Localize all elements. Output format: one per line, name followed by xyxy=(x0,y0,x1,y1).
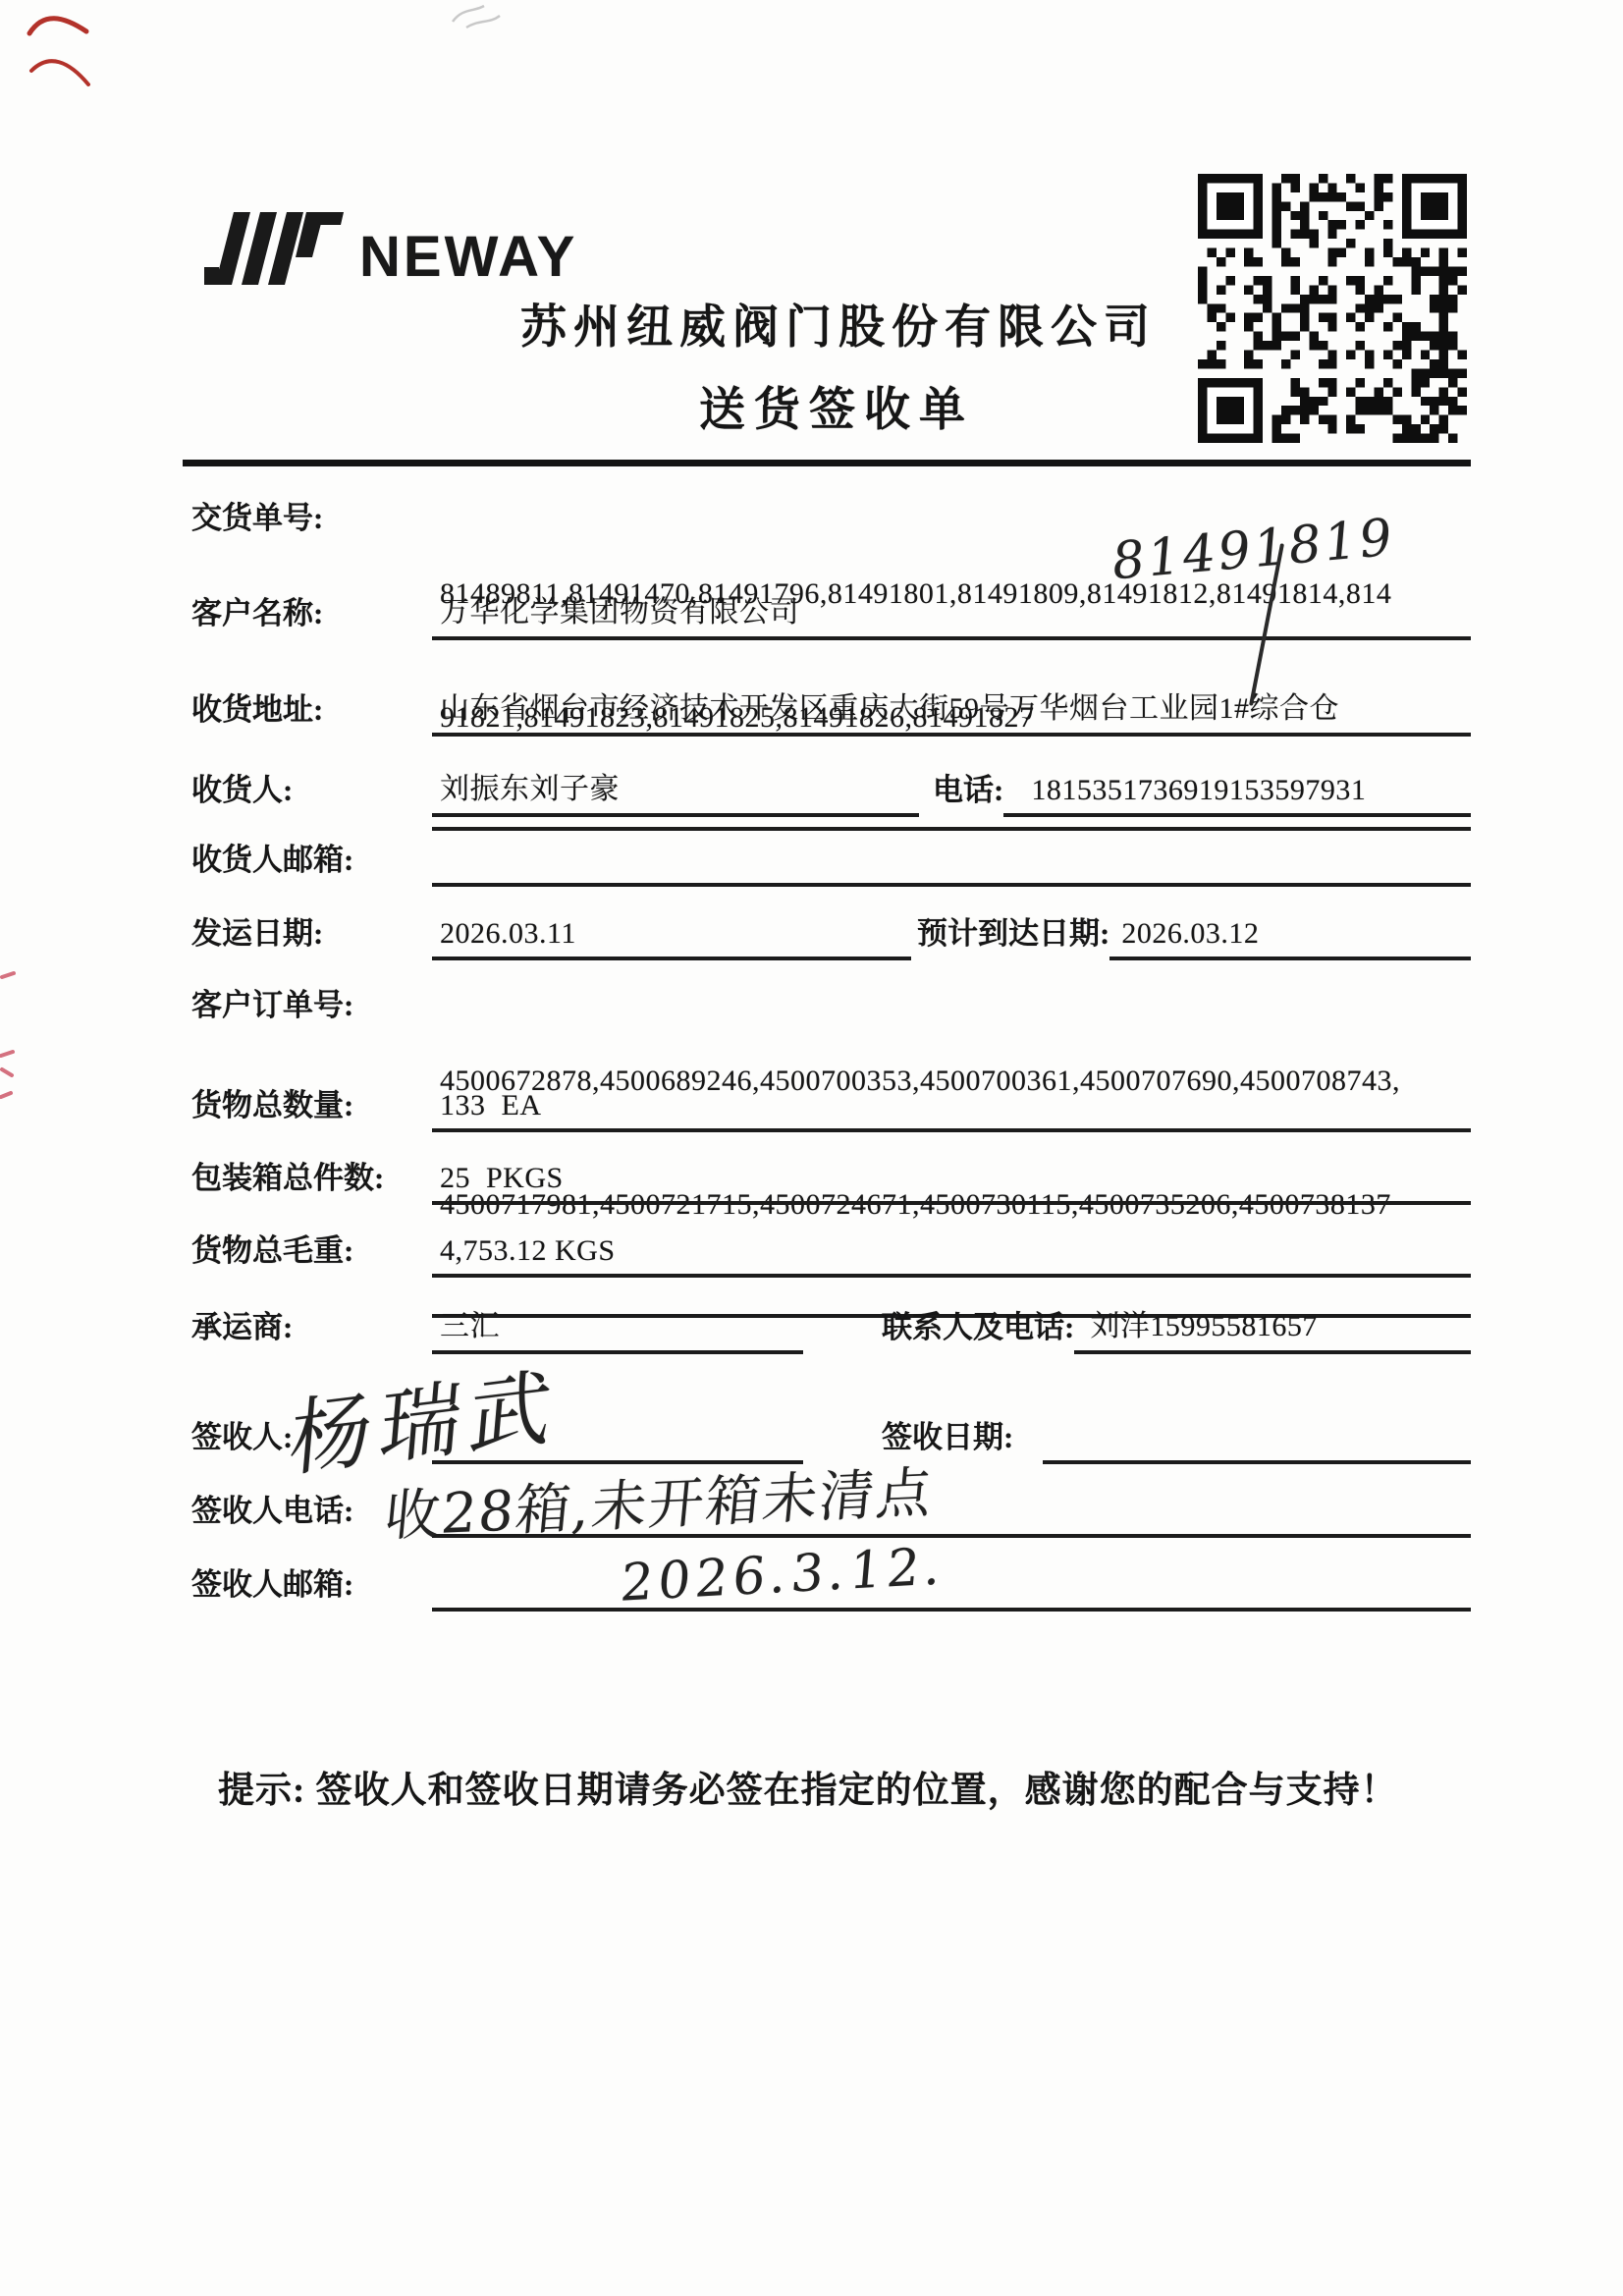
delivery-receipt-page: NEWAY 苏州纽威阀门股份有限公司 送货签收单 交货单号: 81489811,… xyxy=(0,0,1623,2296)
total-packages-value: 25 PKGS xyxy=(432,1162,1471,1205)
field-row-total-quantity: 货物总数量: 133 EA xyxy=(191,1080,1471,1132)
neway-logo-icon xyxy=(204,206,344,287)
receiver-email-label: 收货人邮箱: xyxy=(191,835,432,887)
receiver-phone-value: 1815351736919153597931 xyxy=(1003,774,1471,817)
red-pen-mark-topleft xyxy=(22,4,100,94)
eta-date-value: 2026.03.12 xyxy=(1109,917,1471,960)
pencil-mark xyxy=(447,2,506,33)
eta-date-label: 预计到达日期: xyxy=(917,908,1109,960)
ship-date-value: 2026.03.11 xyxy=(432,917,911,960)
ship-date-label: 发运日期: xyxy=(191,908,432,960)
field-row-ship-date: 发运日期: 2026.03.11 预计到达日期: 2026.03.12 xyxy=(191,908,1471,960)
header-divider xyxy=(183,460,1471,466)
carrier-contact-value: 刘洋15995581657 xyxy=(1074,1301,1471,1354)
field-row-total-packages: 包装箱总件数: 25 PKGS xyxy=(191,1153,1471,1205)
footer-note: 提示: 签收人和签收日期请务必签在指定的位置，感谢您的配合与支持！ xyxy=(218,1760,1398,1813)
field-row-delivery-address: 收货地址: 山东省烟台市经济技术开发区重庆大街59号万华烟台工业园1#综合仓 xyxy=(191,683,1471,737)
delivery-address-value: 山东省烟台市经济技术开发区重庆大街59号万华烟台工业园1#综合仓 xyxy=(432,683,1471,737)
red-edge-marks xyxy=(0,967,20,1115)
carrier-value: 三汇 xyxy=(432,1301,803,1354)
customer-name-value: 万华化学集团物资有限公司 xyxy=(432,587,1471,640)
gross-weight-value: 4,753.12 KGS xyxy=(432,1234,1471,1278)
receiver-value: 刘振东刘子豪 xyxy=(432,764,919,817)
receiver-phone-label: 电话: xyxy=(933,765,1003,817)
carrier-contact-label: 联系人及电话: xyxy=(882,1302,1074,1354)
brand-text: NEWAY xyxy=(359,224,577,290)
doc-title: 送货签收单 xyxy=(699,373,974,439)
field-row-carrier: 承运商: 三汇 联系人及电话: 刘洋15995581657 xyxy=(191,1301,1471,1354)
qr-code xyxy=(1198,173,1467,444)
receiver-email-value xyxy=(432,877,1471,887)
total-quantity-value: 133 EA xyxy=(432,1089,1471,1132)
customer-po-label: 客户订单号: xyxy=(191,976,432,1032)
signee-email-label: 签收人邮箱: xyxy=(191,1559,432,1612)
field-row-gross-weight: 货物总毛重: 4,753.12 KGS xyxy=(191,1226,1471,1278)
company-name: 苏州纽威阀门股份有限公司 xyxy=(520,291,1157,356)
total-quantity-label: 货物总数量: xyxy=(191,1080,432,1132)
carrier-label: 承运商: xyxy=(191,1302,432,1354)
field-row-receiver-email: 收货人邮箱: xyxy=(191,835,1471,887)
field-row-receiver: 收货人: 刘振东刘子豪 电话: 1815351736919153597931 xyxy=(191,764,1471,817)
sign-date-value xyxy=(1043,1454,1471,1464)
receiver-label: 收货人: xyxy=(191,765,432,817)
signee-email-value xyxy=(432,1602,1471,1612)
delivery-no-label: 交货单号: xyxy=(191,489,432,545)
gross-weight-label: 货物总毛重: xyxy=(191,1226,432,1278)
customer-name-label: 客户名称: xyxy=(191,588,432,640)
delivery-address-label: 收货地址: xyxy=(191,684,432,737)
field-row-customer-name: 客户名称: 万华化学集团物资有限公司 xyxy=(191,587,1471,640)
total-packages-label: 包装箱总件数: xyxy=(191,1153,432,1205)
